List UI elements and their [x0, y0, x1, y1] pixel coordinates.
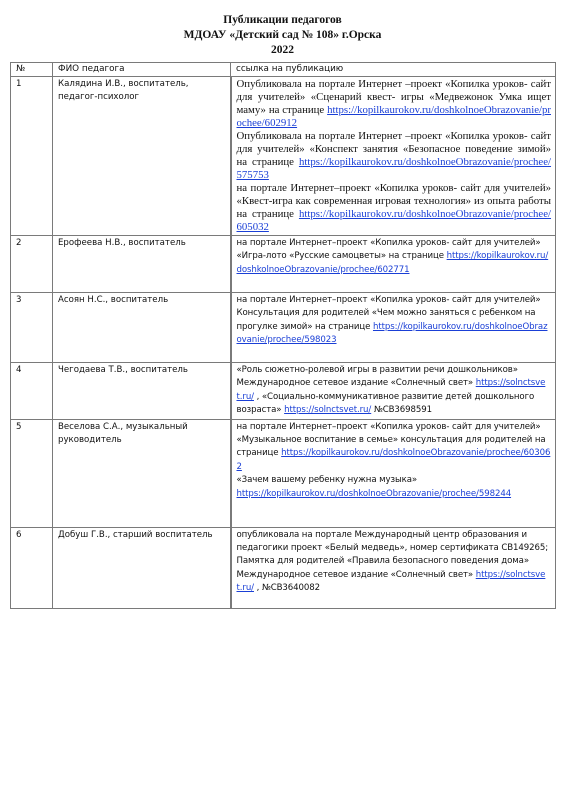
- publication-cell: на портале Интернет–проект «Копилка урок…: [231, 293, 556, 363]
- header-teacher-name: ФИО педагога: [53, 63, 231, 77]
- teacher-name: Веселова С.А., музыкальный руководитель: [53, 419, 231, 527]
- row-number: 6: [11, 527, 53, 608]
- title-line-institution: МДОАУ «Детский сад № 108» г.Орска: [0, 28, 565, 43]
- publication-cell: опубликовала на портале Международный це…: [231, 527, 556, 608]
- publication-link[interactable]: https://solnctsvet.ru/: [284, 405, 371, 415]
- publication-cell: «Роль сюжетно-ролевой игры в развитии ре…: [231, 363, 556, 420]
- header-publication-link: ссылка на публикацию: [231, 63, 556, 77]
- certificate-number: , №СВ3640082: [254, 583, 320, 593]
- teacher-name: Калядина И.В., воспитатель, педагог-псих…: [53, 77, 231, 236]
- table-row: 6 Добуш Г.В., старший воспитатель опубли…: [11, 527, 556, 608]
- title-line-publications: Публикации педагогов: [0, 13, 565, 28]
- teacher-name: Добуш Г.В., старший воспитатель: [53, 527, 231, 608]
- teacher-name: Ерофеева Н.В., воспитатель: [53, 236, 231, 293]
- publication-cell: Опубликовала на портале Интернет –проект…: [231, 77, 556, 236]
- row-number: 3: [11, 293, 53, 363]
- row-number: 5: [11, 419, 53, 527]
- table-row: 3 Асоян Н.С., воспитатель на портале Инт…: [11, 293, 556, 363]
- teacher-name: Асоян Н.С., воспитатель: [53, 293, 231, 363]
- publications-table: № ФИО педагога ссылка на публикацию 1 Ка…: [10, 62, 556, 609]
- document-title: Публикации педагогов МДОАУ «Детский сад …: [0, 13, 565, 58]
- publication-link[interactable]: https://kopilkaurokov.ru/doshkolnoeObraz…: [237, 489, 512, 499]
- teacher-name: Чегодаева Т.В., воспитатель: [53, 363, 231, 420]
- title-line-year: 2022: [0, 43, 565, 58]
- table-row: 1 Калядина И.В., воспитатель, педагог-пс…: [11, 77, 556, 236]
- row-number: 1: [11, 77, 53, 236]
- publication-cell: на портале Интернет–проект «Копилка урок…: [231, 419, 556, 527]
- table-row: 4 Чегодаева Т.В., воспитатель «Роль сюже…: [11, 363, 556, 420]
- publication-link[interactable]: https://kopilkaurokov.ru/doshkolnoeObraz…: [237, 448, 551, 471]
- certificate-number: №СВ3698591: [371, 405, 432, 415]
- table-row: 5 Веселова С.А., музыкальный руководител…: [11, 419, 556, 527]
- publication-text: «Зачем вашему ребенку нужна музыка»: [237, 475, 418, 485]
- publication-cell: на портале Интернет–проект «Копилка урок…: [231, 236, 556, 293]
- row-number: 2: [11, 236, 53, 293]
- table-header-row: № ФИО педагога ссылка на публикацию: [11, 63, 556, 77]
- header-number: №: [11, 63, 53, 77]
- row-number: 4: [11, 363, 53, 420]
- table-row: 2 Ерофеева Н.В., воспитатель на портале …: [11, 236, 556, 293]
